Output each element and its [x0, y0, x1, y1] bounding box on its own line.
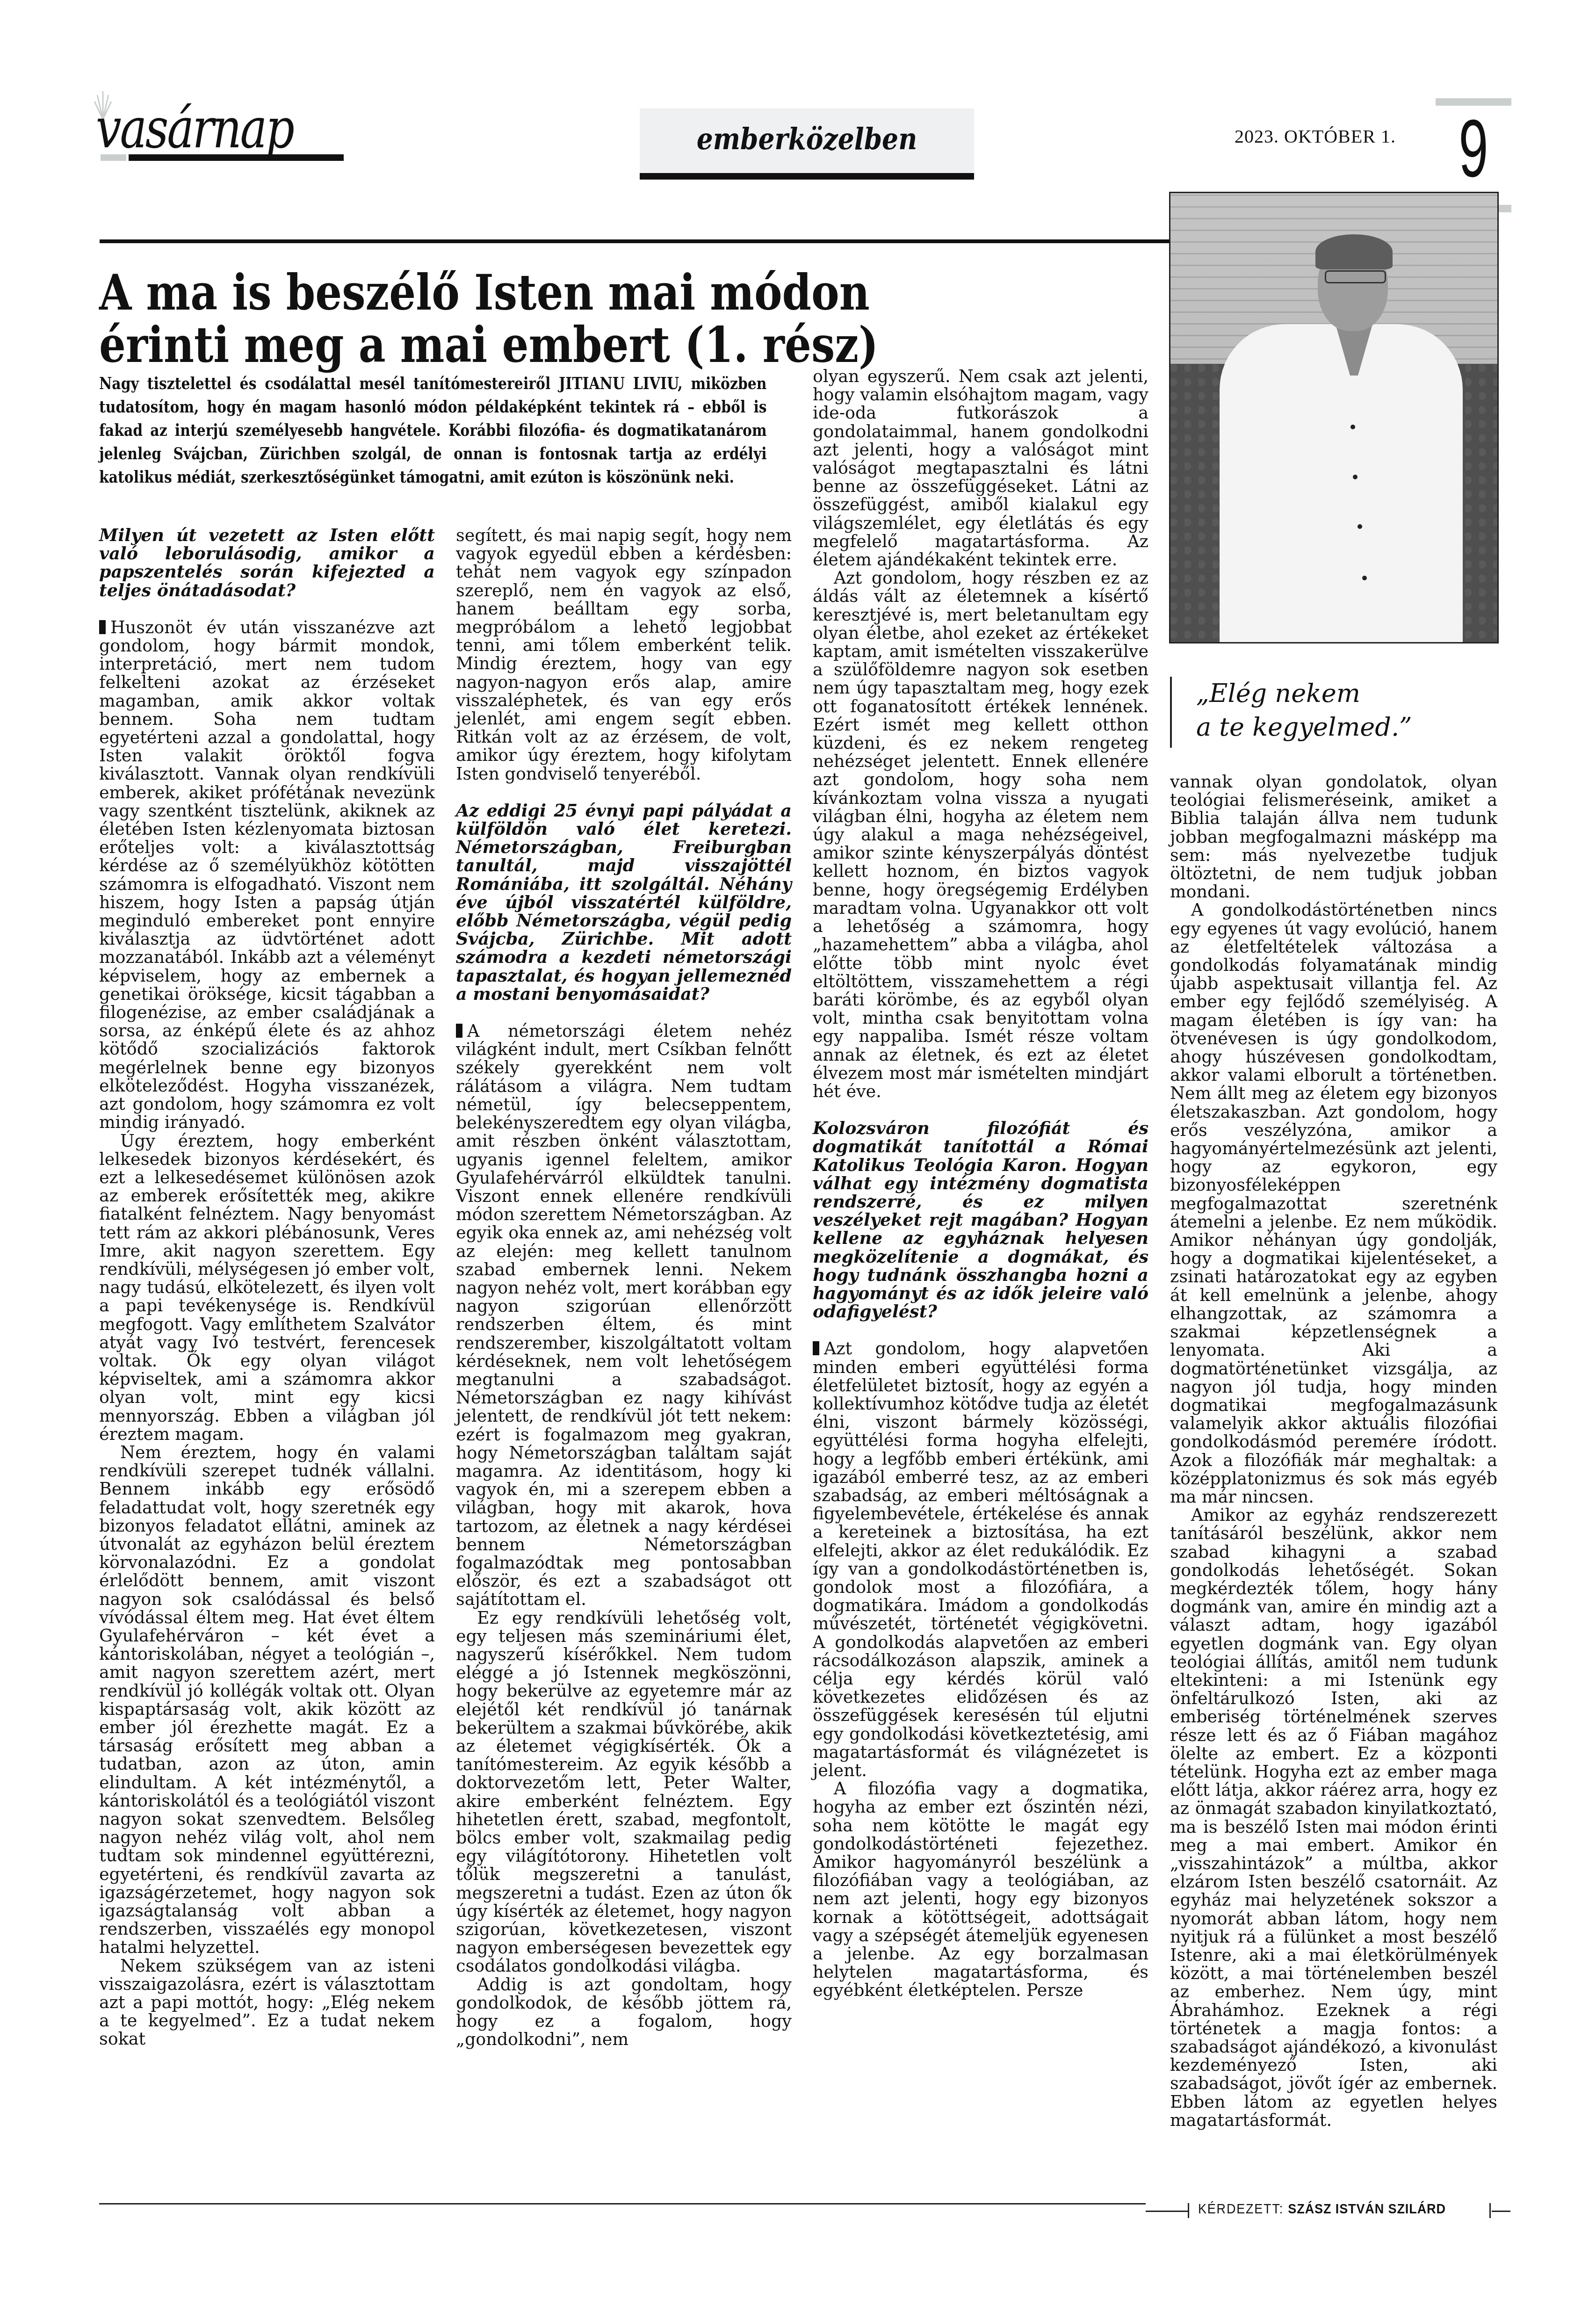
answer-marker-icon	[456, 1024, 462, 1038]
answer-paragraph: Ez egy rendkívüli lehetőség volt, egy te…	[456, 1609, 792, 1975]
byline-label: KÉRDEZETT:	[1198, 2201, 1284, 2217]
byline-tick-left	[1188, 2203, 1189, 2218]
answer-paragraph: Azt gondolom, hogy alapvetően minden emb…	[813, 1339, 1148, 1779]
byline-rule-right	[1492, 2211, 1510, 2212]
article-headline: A ma is beszélő Isten mai módon érinti m…	[99, 267, 1004, 371]
answer-paragraph: A németországi életem nehéz világként in…	[456, 1022, 792, 1609]
byline-rule-left	[1146, 2211, 1188, 2212]
photo-hair	[1315, 234, 1393, 269]
article-column-2: segített, és mai napig segít, hogy nem v…	[456, 526, 792, 2048]
answer-paragraph: A gondolkodástörténetben nincs egy egyen…	[1170, 901, 1497, 1506]
answer-marker-icon	[99, 620, 106, 634]
article-lead: Nagy tisztelettel és csodálattal mesél t…	[99, 372, 767, 489]
pull-quote: „Elég nekem a te kegyelmed.”	[1170, 677, 1412, 748]
pull-quote-line: „Elég nekem	[1196, 677, 1412, 710]
newspaper-logo: vasárnap	[96, 101, 293, 156]
answer-paragraph: Azt gondolom, hogy részben ez az áldás v…	[813, 569, 1148, 1100]
shirt-button	[1350, 425, 1355, 429]
article-column-4: vannak olyan gondolatok, olyan teológiai…	[1170, 773, 1497, 2129]
logo-underline-accent	[101, 154, 126, 161]
masthead: vasárnap emberközelben 2023. OKTÓBER 1. …	[0, 0, 1596, 159]
answer-paragraph: Nekem szükségem van az isteni visszaigaz…	[99, 1957, 435, 2048]
section-label: emberközelben	[663, 122, 951, 157]
shirt-button	[1353, 475, 1358, 479]
answer-paragraph: Huszonöt év után visszanézve azt gondolo…	[99, 618, 435, 1132]
byline-tick-right	[1489, 2203, 1491, 2218]
byline: KÉRDEZETT: SZÁSZ ISTVÁN SZILÁRD	[1146, 2201, 1510, 2220]
answer-paragraph: Nem éreztem, hogy én valami rendkívüli s…	[99, 1443, 435, 1957]
answer-paragraph: olyan egyszerű. Nem csak azt jelenti, ho…	[813, 367, 1148, 569]
interview-question: Kolozsváron filozófiát és dogmatikát tan…	[813, 1119, 1148, 1321]
bottom-rule	[99, 2203, 1146, 2204]
answer-paragraph: segített, és mai napig segít, hogy nem v…	[456, 526, 792, 783]
photo-shirt	[1220, 324, 1463, 643]
page-number: 9	[1449, 108, 1498, 189]
pull-quote-line: a te kegyelmed.”	[1196, 710, 1412, 744]
article-column-1: Milyen út vezetett az Isten előtt való l…	[99, 526, 435, 2048]
byline-author: SZÁSZ ISTVÁN SZILÁRD	[1288, 2201, 1446, 2217]
answer-paragraph: Addig is azt gondoltam, hogy gondolkodok…	[456, 1975, 792, 2049]
interview-question: Milyen út vezetett az Isten előtt való l…	[99, 526, 435, 600]
logo-underline	[129, 154, 344, 161]
portrait-photo	[1169, 192, 1499, 643]
answer-paragraph: vannak olyan gondolatok, olyan teológiai…	[1170, 773, 1497, 901]
shirt-button	[1362, 576, 1367, 580]
interview-question: Az eddigi 25 évnyi papi pályádat a külfö…	[456, 802, 792, 1003]
photo-glasses	[1325, 270, 1386, 283]
byline-text: KÉRDEZETT: SZÁSZ ISTVÁN SZILÁRD	[1198, 2201, 1446, 2217]
answer-paragraph: A filozófia vagy a dogmatika, hogyha az …	[813, 1779, 1148, 1999]
top-rule	[100, 239, 1175, 243]
article-column-3: olyan egyszerű. Nem csak azt jelenti, ho…	[813, 367, 1148, 2000]
issue-date: 2023. OKTÓBER 1.	[1235, 125, 1396, 147]
section-tag: emberközelben	[640, 108, 974, 180]
answer-paragraph: Úgy éreztem, hogy emberként lelkesedek b…	[99, 1132, 435, 1443]
answer-marker-icon	[813, 1341, 819, 1355]
answer-paragraph: Amikor az egyház rendszerezett tanításár…	[1170, 1506, 1497, 2129]
shirt-button	[1358, 524, 1362, 529]
